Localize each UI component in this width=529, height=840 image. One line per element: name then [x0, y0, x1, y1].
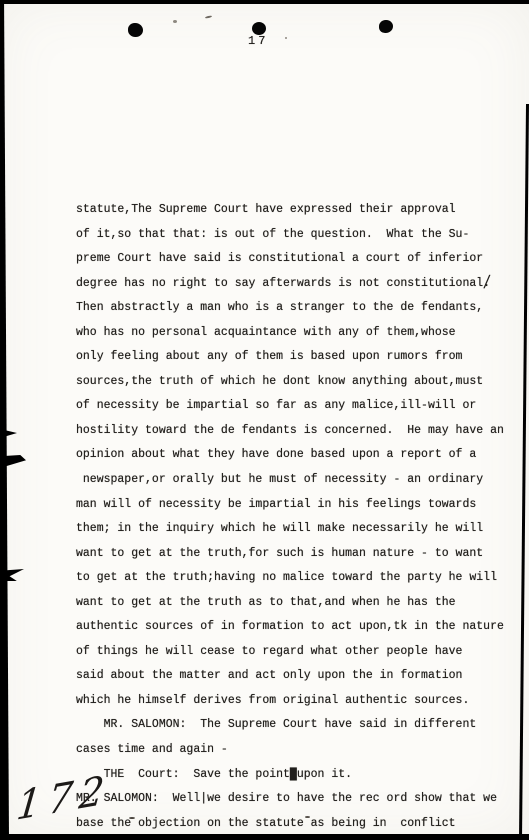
transcript-line: newspaper,or orally but he must of neces… — [76, 468, 526, 493]
transcript-line: which he himself derives from original a… — [76, 689, 526, 714]
transcript-line: only feeling about any of them is based … — [76, 345, 526, 370]
transcript-line: said about the matter and act only upon … — [76, 664, 526, 689]
scanned-transcript-page: 17 statute,The Supreme Court have expres… — [0, 0, 529, 840]
transcript-body: statute,The Supreme Court have expressed… — [76, 198, 526, 836]
ink-blot-left-margin — [0, 455, 26, 468]
transcript-line: degree has no right to say afterwards is… — [76, 272, 526, 297]
transcript-line: cases time and again - — [76, 738, 526, 763]
transcript-line: want to get at the truth as to that,and … — [76, 591, 526, 616]
transcript-line: MR. SALOMON: The Supreme Court have said… — [76, 713, 526, 738]
dust-speck — [205, 15, 212, 18]
transcript-line: man will of necessity be impartial in hi… — [76, 493, 526, 518]
transcript-line: sources,the truth of which he dont know … — [76, 370, 526, 395]
transcript-line: of it,so that that: is out of the questi… — [76, 223, 526, 248]
transcript-line: base the objection on the statute as bei… — [76, 812, 526, 837]
ink-dot-left — [128, 23, 143, 37]
transcript-line: want to get at the truth,for such is hum… — [76, 542, 526, 567]
dust-speck — [285, 37, 287, 39]
transcript-line: preme Court have said is constitutional … — [76, 247, 526, 272]
dust-speck — [173, 20, 177, 23]
transcript-line: statute,The Supreme Court have expressed… — [76, 198, 526, 223]
transcript-line: Then abstractly a man who is a stranger … — [76, 296, 526, 321]
transcript-line: them; in the inquiry which he will make … — [76, 517, 526, 542]
transcript-line: who has no personal acquaintance with an… — [76, 321, 526, 346]
ink-blot-left-margin — [0, 429, 17, 438]
page-number: 17 — [248, 34, 268, 48]
transcript-line: authentic sources of in formation to act… — [76, 615, 526, 640]
transcript-line: of necessity be impartial so far as any … — [76, 394, 526, 419]
transcript-line: to get at the truth;having no malice tow… — [76, 566, 526, 591]
ink-blot-left-margin — [0, 569, 24, 581]
scan-edge-top — [0, 0, 529, 4]
transcript-line: THE Court: Save the point█upon it. — [76, 763, 526, 788]
ink-dot-right — [379, 20, 393, 33]
transcript-line: MR. SALOMON: Well|we desire to have the … — [76, 787, 526, 812]
transcript-line: opinion about what they have done based … — [76, 443, 526, 468]
scan-edge-left — [0, 0, 9, 840]
transcript-line: of things he will cease to regard what o… — [76, 640, 526, 665]
transcript-line: hostility toward the de fendants is conc… — [76, 419, 526, 444]
